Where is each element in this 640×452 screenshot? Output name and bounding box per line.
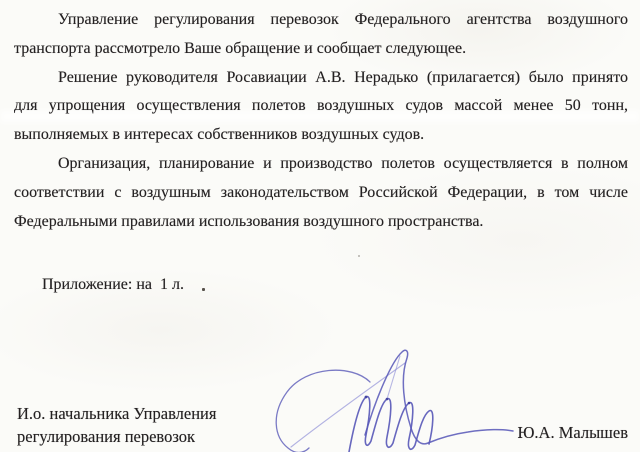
- body-line: соответствии с воздушным законодательств…: [14, 179, 628, 208]
- signature-oval-stroke: [276, 370, 370, 452]
- signature-ink-knot: [365, 396, 368, 399]
- signature-spike-dash-stroke: [365, 350, 513, 444]
- ink-speck: [358, 255, 360, 257]
- signature-diagonal-stroke: [291, 363, 405, 447]
- signature-ink-knot: [386, 398, 389, 401]
- body-line: Федеральными правилами использования воз…: [14, 208, 628, 237]
- signature-light-spike-stroke: [387, 356, 400, 399]
- signature-ink-knot: [408, 402, 411, 405]
- body-line: для упрощения осуществления полетов возд…: [14, 92, 628, 121]
- signoff-title-line: И.о. начальника Управления: [17, 402, 216, 425]
- signature-ink: [266, 344, 532, 452]
- attachment-line: Приложение: на 1 л.: [42, 271, 184, 300]
- signer-name: Ю.А. Малышев: [517, 421, 628, 444]
- signoff-title: И.о. начальника Управления регулирования…: [17, 402, 216, 448]
- letter-body: Управление регулирования перевозок Федер…: [14, 6, 628, 236]
- body-line: Управление регулирования перевозок Федер…: [14, 6, 628, 35]
- body-line: транспорта рассмотрело Ваше обращение и …: [14, 35, 628, 64]
- scanned-letter-page: Управление регулирования перевозок Федер…: [0, 0, 640, 452]
- body-line: Решение руководителя Росавиации А.В. Нер…: [14, 64, 628, 93]
- body-line: Организация, планирование и производство…: [14, 150, 628, 179]
- signoff-title-line: регулирования перевозок: [17, 425, 216, 448]
- ink-speck: [202, 288, 205, 291]
- signature-loops-stroke: [349, 397, 433, 452]
- body-line: выполняемых в интересах собственников во…: [14, 121, 628, 150]
